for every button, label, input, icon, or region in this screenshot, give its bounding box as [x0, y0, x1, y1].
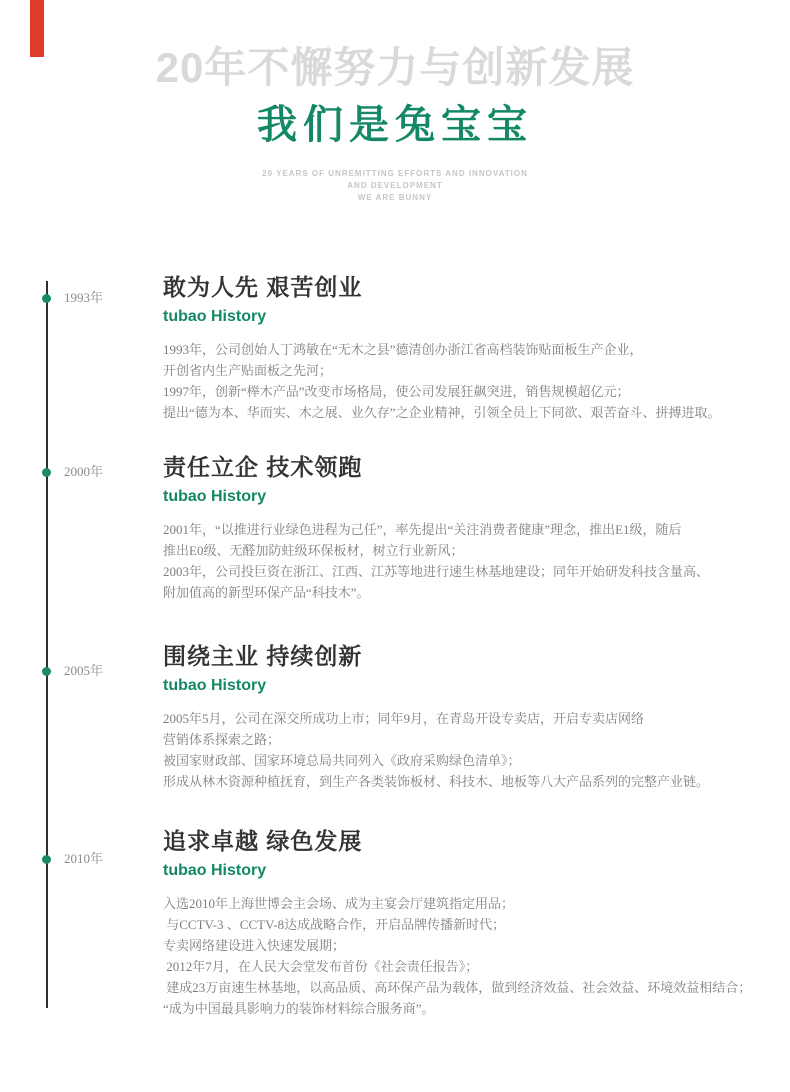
timeline-year-label: 2005年	[64, 663, 103, 679]
section-content: 围绕主业 持续创新 tubao History 2005年5月，公司在深交所成功…	[163, 644, 763, 792]
section-body: 1993年，公司创始人丁鸿敏在“无木之县”德清创办浙江省高档装饰贴面板生产企业，…	[163, 339, 763, 423]
timeline-section-2000: 2000年 责任立企 技术领跑 tubao History 2001年，“以推进…	[0, 455, 790, 603]
english-subtitle: 20 YEARS OF UNREMITTING EFFORTS AND INNO…	[0, 168, 790, 204]
section-body: 2005年5月，公司在深交所成功上市；同年9月，在青岛开设专卖店，开启专卖店网络…	[163, 708, 763, 792]
section-heading: 敢为人先 艰苦创业	[163, 275, 763, 299]
body-line: 提出“德为本、华而实、木之展、业久存”之企业精神，引领全员上下同欲、艰苦奋斗、拼…	[163, 402, 763, 423]
body-line: 2003年，公司投巨资在浙江、江西、江苏等地进行速生林基地建设；同年开始研发科技…	[163, 561, 763, 582]
section-heading: 追求卓越 绿色发展	[163, 829, 763, 853]
body-line: 与CCTV-3 、CCTV-8达成战略合作，开启品牌传播新时代；	[163, 914, 763, 935]
english-subtitle-line: 20 YEARS OF UNREMITTING EFFORTS AND INNO…	[0, 168, 790, 180]
timeline-year-label: 1993年	[64, 290, 103, 306]
body-line: 被国家财政部、国家环境总局共同列入《政府采购绿色清单》；	[163, 750, 763, 771]
body-line: 形成从林木资源种植抚育，到生产各类装饰板材、科技木、地板等八大产品系列的完整产业…	[163, 771, 763, 792]
timeline-section-2010: 2010年 追求卓越 绿色发展 tubao History 入选2010年上海世…	[0, 829, 790, 1019]
body-line: 2001年，“以推进行业绿色进程为己任”，率先提出“关注消费者健康”理念，推出E…	[163, 519, 763, 540]
timeline-year-label: 2000年	[64, 464, 103, 480]
section-subtitle: tubao History	[163, 676, 763, 696]
body-line: 2005年5月，公司在深交所成功上市；同年9月，在青岛开设专卖店，开启专卖店网络	[163, 708, 763, 729]
section-content: 敢为人先 艰苦创业 tubao History 1993年，公司创始人丁鸿敏在“…	[163, 275, 763, 423]
section-subtitle: tubao History	[163, 487, 763, 507]
body-line: “成为中国最具影响力的装饰材料综合服务商”。	[163, 998, 763, 1019]
timeline-dot	[42, 667, 51, 676]
section-heading: 围绕主业 持续创新	[163, 644, 763, 668]
english-subtitle-line: WE ARE BUNNY	[0, 192, 790, 204]
section-subtitle: tubao History	[163, 861, 763, 881]
timeline-dot	[42, 855, 51, 864]
english-subtitle-line: AND DEVELOPMENT	[0, 180, 790, 192]
body-line: 入选2010年上海世博会主会场、成为主宴会厅建筑指定用品；	[163, 893, 763, 914]
body-line: 营销体系探索之路；	[163, 729, 763, 750]
page-title-gray: 20年不懈努力与创新发展	[0, 46, 790, 90]
body-line: 开创省内生产贴面板之先河；	[163, 360, 763, 381]
timeline-section-1993: 1993年 敢为人先 艰苦创业 tubao History 1993年，公司创始…	[0, 275, 790, 423]
timeline-year-label: 2010年	[64, 851, 103, 867]
section-content: 追求卓越 绿色发展 tubao History 入选2010年上海世博会主会场、…	[163, 829, 763, 1019]
timeline-dot	[42, 294, 51, 303]
body-line: 专卖网络建设进入快速发展期；	[163, 935, 763, 956]
body-line: 1993年，公司创始人丁鸿敏在“无木之县”德清创办浙江省高档装饰贴面板生产企业，	[163, 339, 763, 360]
body-line: 2012年7月，在人民大会堂发布首份《社会责任报告》；	[163, 956, 763, 977]
section-body: 2001年，“以推进行业绿色进程为己任”，率先提出“关注消费者健康”理念，推出E…	[163, 519, 763, 603]
timeline-dot	[42, 468, 51, 477]
section-heading: 责任立企 技术领跑	[163, 455, 763, 479]
body-line: 推出E0级、无醛加防蛀级环保板材，树立行业新风；	[163, 540, 763, 561]
section-subtitle: tubao History	[163, 307, 763, 327]
body-line: 建成23万亩速生林基地，以高品质、高环保产品为载体，做到经济效益、社会效益、环境…	[163, 977, 763, 998]
timeline-section-2005: 2005年 围绕主业 持续创新 tubao History 2005年5月，公司…	[0, 644, 790, 792]
body-line: 1997年，创新“榉木产品”改变市场格局，使公司发展狂飙突进，销售规模超亿元；	[163, 381, 763, 402]
body-line: 附加值高的新型环保产品“科技木”。	[163, 582, 763, 603]
company-history-page: 20年不懈努力与创新发展 我们是兔宝宝 20 YEARS OF UNREMITT…	[0, 0, 790, 1092]
section-body: 入选2010年上海世博会主会场、成为主宴会厅建筑指定用品； 与CCTV-3 、C…	[163, 893, 763, 1019]
section-content: 责任立企 技术领跑 tubao History 2001年，“以推进行业绿色进程…	[163, 455, 763, 603]
page-title-green: 我们是兔宝宝	[0, 103, 790, 147]
